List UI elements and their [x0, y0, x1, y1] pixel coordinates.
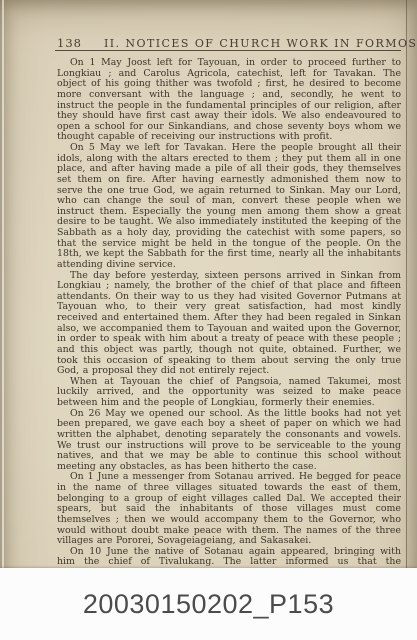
- page-edge-shadow: [406, 0, 417, 568]
- page-number: 138: [57, 36, 82, 50]
- paragraph: On 1 May Joost left for Tayouan, in orde…: [57, 58, 401, 143]
- scanned-page: 138 II. NOTICES OF CHURCH WORK IN FORMOS…: [0, 0, 417, 640]
- running-head-title: II. NOTICES OF CHURCH WORK IN FORMOSA: [104, 37, 417, 50]
- catalog-label-bar: 20030150202_P153: [0, 568, 417, 640]
- page-body: On 1 May Joost left for Tayouan, in orde…: [57, 58, 401, 589]
- header-rule: [55, 50, 401, 51]
- paragraph: On 5 May we left for Tavakan. Here the p…: [57, 143, 401, 271]
- page-left-edge: [2, 0, 4, 568]
- catalog-label: 20030150202_P153: [83, 589, 334, 620]
- paragraph: On 26 May we opened our school. As the l…: [57, 409, 401, 473]
- paragraph: When at Tayouan the chief of Pangsoia, n…: [57, 377, 401, 409]
- paragraph: The day before yesterday, sixteen person…: [57, 271, 401, 377]
- paragraph: On 1 June a messenger from Sotanau arriv…: [57, 472, 401, 546]
- running-head: 138 II. NOTICES OF CHURCH WORK IN FORMOS…: [57, 36, 401, 50]
